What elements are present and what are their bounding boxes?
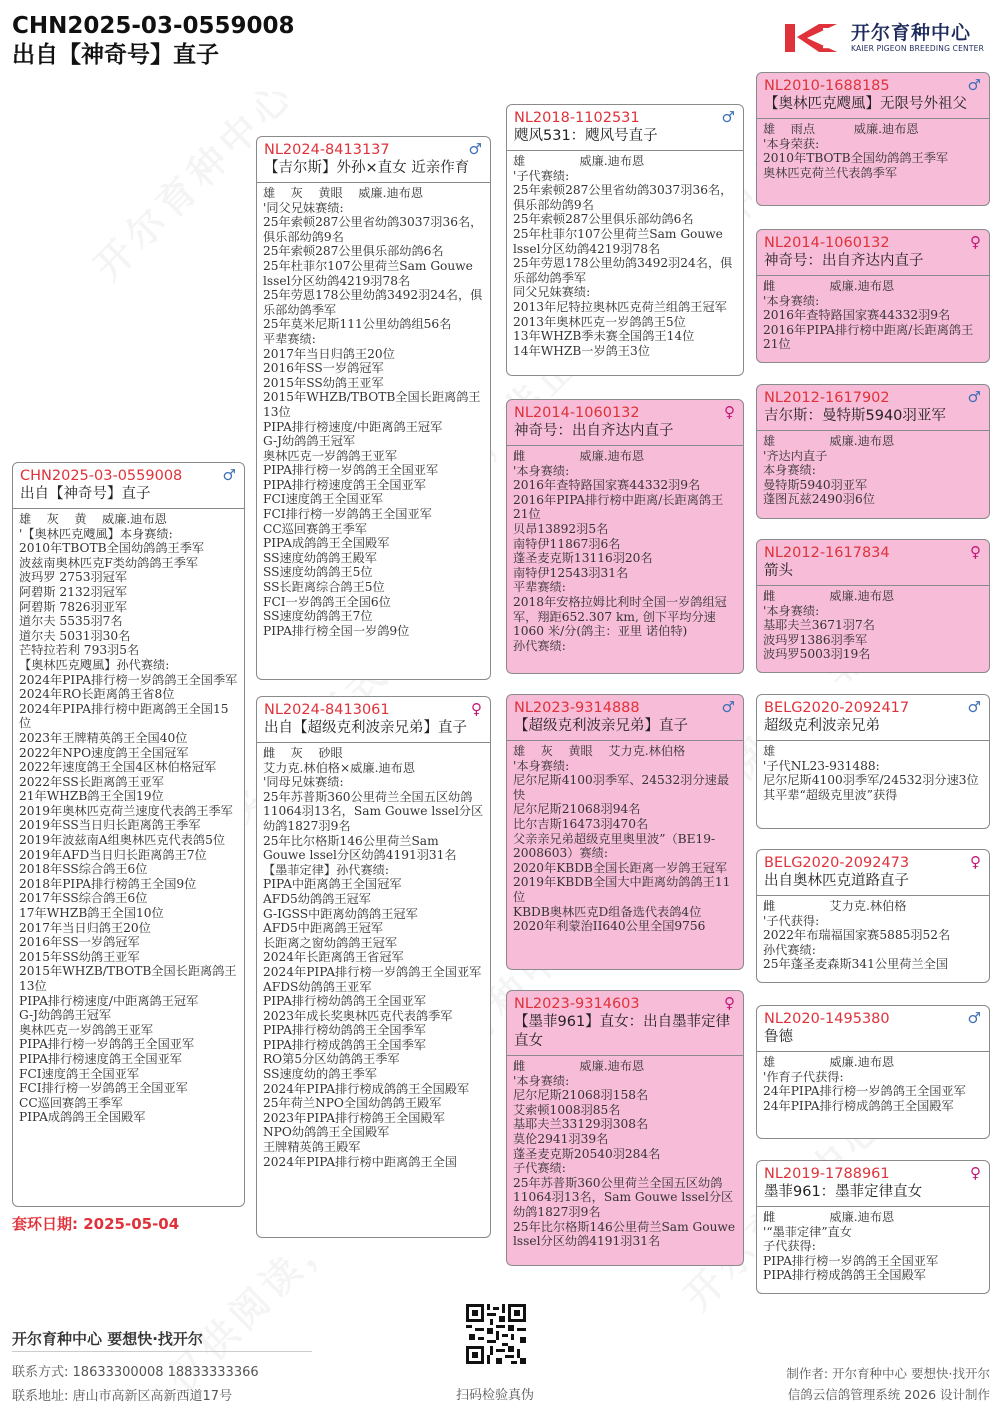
male-icon: ♂ bbox=[223, 466, 236, 484]
ring-number: NL2012-1617834 bbox=[764, 544, 982, 562]
achievement-line: 25年比尔格斯146公里荷兰Sam Gouwe lssel分区幼鸽4191羽31… bbox=[263, 834, 484, 863]
ring-number: NL2020-1495380 bbox=[764, 1010, 982, 1028]
achievement-line: SS速度幼鸽鸽王7位 bbox=[263, 609, 484, 624]
brand-logo: 开尔育种中心 KAIER PIGEON BREEDING CENTER bbox=[785, 18, 990, 58]
card-header: NL2012-1617902 吉尔斯：曼特斯5940羽亚军 ♂ bbox=[757, 385, 989, 431]
card-body: 雌 艾力克.林伯格 '子代获得:2022年布瑞福国家赛5885羽52名孙代赛绩:… bbox=[757, 896, 989, 978]
card-body: 雄 威廉.迪布恩 '子代赛绩:25年索顿287公里省幼鸽3037羽36名，俱乐部… bbox=[507, 151, 743, 371]
card-body: 雄 灰 黄 威廉.迪布恩 '【奥林匹克飕風】本身赛绩:2010年TBOTB全国幼… bbox=[13, 509, 244, 1199]
achievement-line: 道尔夫 5031羽30名 bbox=[19, 629, 238, 644]
achievement-line: 25年杜菲尔107公里荷兰Sam Gouwe lssel分区幼鸽4219羽78名 bbox=[263, 259, 484, 288]
achievement-line: FCI速度鸽王全国亚军 bbox=[19, 1067, 238, 1082]
logo-chinese-name: 开尔育种中心 bbox=[851, 22, 984, 44]
pedigree-card-great-grandparent-1[interactable]: NL2010-1688185 【奥林匹克飕風】无限号外祖父 ♂ 雄 雨点 威廉.… bbox=[756, 72, 990, 206]
achievement-line: 波玛罗1386羽季军 bbox=[763, 633, 983, 648]
achievement-line: PIPA排行榜幼鸽鸽王全国亚军 bbox=[263, 994, 484, 1009]
ring-number: BELG2020-2092473 bbox=[764, 854, 982, 872]
achievement-line: 2016年SS一岁鸽冠军 bbox=[263, 361, 484, 376]
ring-number: NL2014-1060132 bbox=[764, 234, 982, 252]
achievement-line: 【墨菲定律】孙代赛绩: bbox=[263, 863, 484, 878]
achievement-list: '本身赛绩:2016年查特路国家赛44332羽9名2016年PIPA排行榜中距离… bbox=[763, 294, 983, 352]
achievement-line: 2023年PIPA排行榜鸽王全国殿军 bbox=[263, 1111, 484, 1126]
achievement-line: 2024年PIPA排行榜成鸽鸽王全国殿军 bbox=[263, 1082, 484, 1097]
pigeon-attributes: 雄 威廉.迪布恩 bbox=[763, 434, 983, 449]
achievement-line: 2019年SS当日归长距离鸽王季军 bbox=[19, 818, 238, 833]
address-label: 联系地址: bbox=[12, 1389, 68, 1404]
achievement-line: '“墨菲定律”直女 bbox=[763, 1225, 983, 1240]
pedigree-card-great-grandparent-2[interactable]: NL2014-1060132 神奇号：出自齐达内直子 ♀ 雌 威廉.迪布恩 '本… bbox=[756, 229, 990, 363]
achievement-list: '本身赛绩:尼尔尼斯21068羽158名艾索顿1008羽85名基耶夫兰33129… bbox=[513, 1074, 737, 1249]
achievement-line: 2015年WHZB/TBOTB全国长距离鸽王13位 bbox=[19, 964, 238, 993]
card-body: 雌 威廉.迪布恩 '“墨菲定律”直女子代获得:PIPA排行榜一岁鸽鸽王全国亚军P… bbox=[757, 1207, 989, 1289]
achievement-line: 平辈赛绩: bbox=[513, 580, 737, 595]
male-icon: ♂ bbox=[469, 140, 482, 158]
achievement-line: '子代赛绩: bbox=[513, 169, 737, 184]
achievement-line: 2018年SS综合鸽王6位 bbox=[19, 862, 238, 877]
achievement-line: 2010年TBOTB全国幼鸽鸽王季军 bbox=[763, 151, 983, 166]
ring-number: NL2012-1617902 bbox=[764, 389, 982, 407]
achievement-line: FCI排行榜一岁鸽鸽王全国亚军 bbox=[263, 507, 484, 522]
achievement-line: 2018年PIPA排行榜鸽王全国9位 bbox=[19, 877, 238, 892]
pedigree-card-great-grandparent-4[interactable]: NL2012-1617834 箭头 ♀ 雌 威廉.迪布恩 '本身赛绩:基耶夫兰3… bbox=[756, 539, 990, 673]
pigeon-name: 【奥林匹克飕風】无限号外祖父 bbox=[764, 95, 982, 114]
achievement-line: 25年杜菲尔107公里荷兰Sam Gouwe lssel分区幼鸽4219羽78名 bbox=[513, 227, 737, 256]
achievement-line: 25年索顿287公里省幼鸽3037羽36名，俱乐部幼鸽9名 bbox=[513, 183, 737, 212]
achievement-line: 25年荷兰NPO全国幼鸽鸽王殿军 bbox=[263, 1096, 484, 1111]
pigeon-attributes: 雄 雨点 威廉.迪布恩 bbox=[763, 122, 983, 137]
achievement-line: 2023年成长奖奥林匹克代表鸽季军 bbox=[263, 1009, 484, 1024]
card-body: 雌 威廉.迪布恩 '本身赛绩:2016年查特路国家赛44332羽9名2016年P… bbox=[507, 446, 743, 668]
achievement-line: CC巡回赛鸽王季军 bbox=[263, 522, 484, 537]
card-header: NL2014-1060132 神奇号：出自齐达内直子 ♀ bbox=[507, 400, 743, 446]
female-icon: ♀ bbox=[471, 700, 482, 718]
achievement-line: 2020年KBDB全国长距离一岁鸽王冠军 bbox=[513, 861, 737, 876]
achievement-line: 艾力克.林伯格×威廉.迪布恩 bbox=[263, 761, 484, 776]
achievement-line: 2019年KBDB全国大中距离幼鸽鸽王11位 bbox=[513, 875, 737, 904]
pigeon-attributes: 雌 威廉.迪布恩 bbox=[763, 589, 983, 604]
title-ring-number: CHN2025-03-0559008 bbox=[12, 12, 295, 40]
achievement-line: PIPA中距离鸽王全国冠军 bbox=[263, 877, 484, 892]
document-title: CHN2025-03-0559008 出自【神奇号】直子 bbox=[12, 12, 295, 70]
card-body: 雌 威廉.迪布恩 '本身赛绩:2016年查特路国家赛44332羽9名2016年P… bbox=[757, 276, 989, 358]
achievement-line: 2016年查特路国家赛44332羽9名 bbox=[763, 308, 983, 323]
achievement-line: 2015年SS幼鸽王亚军 bbox=[263, 376, 484, 391]
card-body: 雄 雨点 威廉.迪布恩 '本身荣获:2010年TBOTB全国幼鸽鸽王季军奥林匹克… bbox=[757, 119, 989, 181]
achievement-line: 波兹南奥林匹克F类幼鸽鸽王季军 bbox=[19, 556, 238, 571]
achievement-line: PIPA成鸽鸽王全国殿军 bbox=[19, 1110, 238, 1125]
pigeon-name: 神奇号：出自齐达内直子 bbox=[764, 252, 982, 271]
achievement-line: '本身赛绩: bbox=[513, 464, 737, 479]
card-header: NL2012-1617834 箭头 ♀ bbox=[757, 540, 989, 586]
card-header: NL2010-1688185 【奥林匹克飕風】无限号外祖父 ♂ bbox=[757, 73, 989, 119]
card-header: NL2018-1102531 飕风531：飕风号直子 ♂ bbox=[507, 105, 743, 151]
achievement-line: 13年WHZB季未赛全国鸽王14位 bbox=[513, 329, 737, 344]
achievement-line: SS速度幼的鸽王季军 bbox=[263, 1067, 484, 1082]
male-icon: ♂ bbox=[968, 388, 981, 406]
achievement-line: 25年索顿287公里省幼鸽3037羽36名，俱乐部幼鸽9名 bbox=[263, 215, 484, 244]
achievement-line: 本身赛绩: bbox=[763, 463, 983, 478]
card-header: BELG2020-2092417 超级克利波亲兄弟 ♂ bbox=[757, 695, 989, 741]
pigeon-attributes: 雄 灰 黄眼 威廉.迪布恩 bbox=[263, 186, 484, 201]
achievement-line: 24年PIPA排行榜一岁鸽鸽王全国亚军 bbox=[763, 1084, 983, 1099]
achievement-line: 2024年PIPA排行榜中距离鸽王全国15位 bbox=[19, 702, 238, 731]
achievement-line: 【奥林匹克飕風】孙代赛绩: bbox=[19, 658, 238, 673]
achievement-line: 尼尔尼斯21068羽94名 bbox=[513, 802, 737, 817]
achievement-line: 长距离之窗幼鸽鸽王冠军 bbox=[263, 936, 484, 951]
achievement-list: '本身赛绩:尼尔尼斯4100羽季军、24532羽分速最快尼尔尼斯21068羽94… bbox=[513, 759, 737, 934]
achievement-line: 2016年查特路国家赛44332羽9名 bbox=[513, 478, 737, 493]
achievement-line: 25年劳恩178公里幼鸽3492羽24名，俱乐部幼鸽季军 bbox=[263, 288, 484, 317]
female-icon: ♀ bbox=[724, 403, 735, 421]
ring-number: NL2023-9314603 bbox=[514, 995, 736, 1013]
achievement-line: 25年莫米尼斯111公里幼鸽组56名 bbox=[263, 317, 484, 332]
achievement-line: 2010年TBOTB全国幼鸽鸽王季军 bbox=[19, 541, 238, 556]
male-icon: ♂ bbox=[968, 76, 981, 94]
achievement-line: PIPA排行榜速度/中距离鸽王冠军 bbox=[19, 994, 238, 1009]
achievement-line: PIPA排行榜一岁鸽鸽王全国亚军 bbox=[19, 1037, 238, 1052]
pedigree-card-great-grandparent-7[interactable]: NL2020-1495380 鲁德 ♂ 雄 威廉.迪布恩 '作育子代获得:24年… bbox=[756, 1005, 990, 1139]
achievement-line: 2020年利蒙治II640公里全国9756 bbox=[513, 919, 737, 934]
achievement-line: 2024年PIPA排行榜一岁鸽鸽王全国亚军 bbox=[263, 965, 484, 980]
ring-number: NL2018-1102531 bbox=[514, 109, 736, 127]
achievement-line: RO第5分区幼鸽鸽王季军 bbox=[263, 1052, 484, 1067]
pigeon-attributes: 雌 威廉.迪布恩 bbox=[513, 1059, 737, 1074]
achievement-list: 艾力克.林伯格×威廉.迪布恩'同母兄妹赛绩:25年苏普斯360公里荷兰全国五区幼… bbox=[263, 761, 484, 1170]
achievement-line: 2019年AFD当日归长距离鸽王7位 bbox=[19, 848, 238, 863]
pedigree-card-dam[interactable]: NL2024-8413061 出自【超级克利波亲兄弟】直子 ♀ 雌 灰 砂眼 艾… bbox=[256, 696, 491, 1238]
pedigree-card-dam-dam[interactable]: NL2023-9314603 【墨菲961】直女：出自墨菲定律直女 ♀ 雌 威廉… bbox=[506, 990, 744, 1266]
contact-label: 联系方式: bbox=[12, 1365, 68, 1380]
achievement-list: '本身赛绩:2016年查特路国家赛44332羽9名2016年PIPA排行榜中距离… bbox=[513, 464, 737, 654]
achievement-line: G-IGSS中距离幼鸽鸽王冠军 bbox=[263, 907, 484, 922]
achievement-line: 2016年SS一岁鸽冠军 bbox=[19, 935, 238, 950]
achievement-line: 2022年SS长距离鸽王亚军 bbox=[19, 775, 238, 790]
achievement-line: 25年比尔格斯146公里荷兰Sam Gouwe lssel分区幼鸽4191羽31… bbox=[513, 1220, 737, 1249]
card-body: 雄 '子代NL23-931488:尼尔尼斯4100羽季军/24532羽分速3位其… bbox=[757, 741, 989, 824]
card-header: BELG2020-2092473 出自奥林匹克道路直子 ♀ bbox=[757, 850, 989, 896]
card-header: CHN2025-03-0559008 出自【神奇号】直子 ♂ bbox=[13, 463, 244, 509]
achievement-line: '作育子代获得: bbox=[763, 1070, 983, 1085]
credit-system: 信鸽云信鸽管理系统 2026 设计制作 bbox=[788, 1385, 990, 1403]
achievement-line: FCI速度鸽王全国亚军 bbox=[263, 492, 484, 507]
achievement-line: 奥林匹克荷兰代表鸽季军 bbox=[763, 166, 983, 181]
achievement-list: '【奥林匹克飕風】本身赛绩:2010年TBOTB全国幼鸽鸽王季军波兹南奥林匹克F… bbox=[19, 527, 238, 1125]
achievement-line: '本身赛绩: bbox=[763, 294, 983, 309]
achievement-line: PIPA排行榜速度鸽王全国亚军 bbox=[19, 1052, 238, 1067]
achievement-line: 2017年SS综合鸽王6位 bbox=[19, 891, 238, 906]
pigeon-attributes: 雌 威廉.迪布恩 bbox=[763, 279, 983, 294]
achievement-line: 2016年PIPA排行榜中距离/长距离鸽王21位 bbox=[763, 323, 983, 352]
achievement-line: AFD5幼鸽鸽王冠军 bbox=[263, 892, 484, 907]
pigeon-name: 【超级克利波亲兄弟】直子 bbox=[514, 717, 736, 736]
pedigree-card-great-grandparent-8[interactable]: NL2019-1788961 墨菲961：墨菲定律直女 ♀ 雌 威廉.迪布恩 '… bbox=[756, 1160, 990, 1294]
achievement-line: 艾索顿1008羽85名 bbox=[513, 1103, 737, 1118]
pigeon-name: 神奇号：出自齐达内直子 bbox=[514, 422, 736, 441]
achievement-line: 25年苏普斯360公里荷兰全国五区幼鸽11064羽13名，Sam Gouwe l… bbox=[513, 1176, 737, 1220]
achievement-list: '本身荣获:2010年TBOTB全国幼鸽鸽王季军奥林匹克荷兰代表鸽季军 bbox=[763, 137, 983, 181]
achievement-line: 子代获得: bbox=[763, 1239, 983, 1254]
achievement-line: 2024年PIPA排行榜一岁鸽鸽王全国季军 bbox=[19, 673, 238, 688]
pedigree-card-great-grandparent-6[interactable]: BELG2020-2092473 出自奥林匹克道路直子 ♀ 雌 艾力克.林伯格 … bbox=[756, 849, 990, 983]
pigeon-attributes: 雄 灰 黄 威廉.迪布恩 bbox=[19, 512, 238, 527]
achievement-line: 阿碧斯 2132羽冠军 bbox=[19, 585, 238, 600]
achievement-line: 14年WHZB一岁鸽王3位 bbox=[513, 344, 737, 359]
achievement-line: 奥林匹克一岁鸽鸽王亚军 bbox=[263, 449, 484, 464]
achievement-list: '本身赛绩:基耶夫兰3671羽7名波玛罗1386羽季军波玛罗5003羽19名 bbox=[763, 604, 983, 662]
footer-contact: 联系方式: 18633300008 18833333366 bbox=[12, 1361, 259, 1380]
pigeon-name: 【墨菲961】直女：出自墨菲定律直女 bbox=[514, 1013, 736, 1051]
achievement-line: G-J幼鸽鸽王冠军 bbox=[19, 1008, 238, 1023]
achievement-line: '本身赛绩: bbox=[513, 1074, 737, 1089]
achievement-line: 25年苏普斯360公里荷兰全国五区幼鸽11064羽13名，Sam Gouwe l… bbox=[263, 790, 484, 834]
achievement-line: 阿碧斯 7826羽亚军 bbox=[19, 600, 238, 615]
pigeon-attributes: 雌 威廉.迪布恩 bbox=[763, 1210, 983, 1225]
achievement-line: 贝昂13892羽5名 bbox=[513, 522, 737, 537]
pigeon-name: 飕风531：飕风号直子 bbox=[514, 127, 736, 146]
achievement-line: 孙代赛绩: bbox=[513, 639, 737, 654]
card-header: NL2020-1495380 鲁德 ♂ bbox=[757, 1006, 989, 1052]
pedigree-card-sire-dam[interactable]: NL2014-1060132 神奇号：出自齐达内直子 ♀ 雌 威廉.迪布恩 '本… bbox=[506, 399, 744, 674]
achievement-line: FCI一岁鸽鸽王全国6位 bbox=[263, 595, 484, 610]
achievement-line: PIPA排行榜一岁鸽鸽王全国亚军 bbox=[763, 1254, 983, 1269]
pigeon-attributes: 雄 灰 黄眼 艾力克.林伯格 bbox=[513, 744, 737, 759]
achievement-line: AFD5中距离鸽王冠军 bbox=[263, 921, 484, 936]
card-header: NL2014-1060132 神奇号：出自齐达内直子 ♀ bbox=[757, 230, 989, 276]
achievement-line: 曼特斯5940羽亚军 bbox=[763, 478, 983, 493]
achievement-line: PIPA成鸽鸽王全国殿军 bbox=[263, 536, 484, 551]
card-header: NL2019-1788961 墨菲961：墨菲定律直女 ♀ bbox=[757, 1161, 989, 1207]
achievement-line: 25年索顿287公里俱乐部幼鸽6名 bbox=[263, 244, 484, 259]
card-header: NL2024-8413137 【吉尔斯】外孙×直女 近亲作育 ♂ bbox=[257, 137, 490, 183]
achievement-line: PIPA排行榜全国一岁鸽9位 bbox=[263, 624, 484, 639]
ring-number: CHN2025-03-0559008 bbox=[20, 467, 237, 485]
achievement-line: 莫伦2941羽39名 bbox=[513, 1132, 737, 1147]
achievement-line: NPO幼鸽鸽王全国殿军 bbox=[263, 1125, 484, 1140]
ring-number: NL2010-1688185 bbox=[764, 77, 982, 95]
achievement-line: '【奥林匹克飕風】本身赛绩: bbox=[19, 527, 238, 542]
achievement-line: 蓬圣麦克斯20540羽284名 bbox=[513, 1147, 737, 1162]
achievement-line: 2018年安格拉姆比利时全国一岁鸽组冠军，翔距652.307 km, 创下平均分… bbox=[513, 595, 737, 639]
achievement-line: 2013年尼特拉奥林匹克荷兰组鸽王冠军 bbox=[513, 300, 737, 315]
female-icon: ♀ bbox=[970, 543, 981, 561]
achievement-line: 2016年PIPA排行榜中距离/长距离鸽王21位 bbox=[513, 493, 737, 522]
footer-address: 联系地址: 唐山市高新区高新西道17号 bbox=[12, 1385, 232, 1404]
achievement-line: 2022年速度鸽王全国4区林伯格冠军 bbox=[19, 760, 238, 775]
achievement-line: '同父兄妹赛绩: bbox=[263, 201, 484, 216]
male-icon: ♂ bbox=[722, 108, 735, 126]
achievement-line: 2015年SS幼鸽王亚军 bbox=[19, 950, 238, 965]
achievement-line: 25年索顿287公里俱乐部幼鸽6名 bbox=[513, 212, 737, 227]
logo-english-name: KAIER PIGEON BREEDING CENTER bbox=[851, 44, 984, 54]
footer-divider bbox=[12, 1351, 312, 1352]
achievement-line: 2019年波兹南A组奥林匹克代表鸽5位 bbox=[19, 833, 238, 848]
achievement-line: '本身赛绩: bbox=[763, 604, 983, 619]
pigeon-attributes: 雄 威廉.迪布恩 bbox=[513, 154, 737, 169]
pigeon-name: 出自【神奇号】直子 bbox=[20, 485, 237, 504]
achievement-line: 2022年布瑞福国家赛5885羽52名 bbox=[763, 928, 983, 943]
pigeon-attributes: 雄 威廉.迪布恩 bbox=[763, 1055, 983, 1070]
achievement-line: FCI排行榜一岁鸽鸽王全国亚军 bbox=[19, 1081, 238, 1096]
card-body: 雄 灰 黄眼 威廉.迪布恩 '同父兄妹赛绩:25年索顿287公里省幼鸽3037羽… bbox=[257, 183, 490, 653]
achievement-line: 南特伊11867羽6名 bbox=[513, 537, 737, 552]
achievement-line: PIPA排行榜速度鸽王全国亚军 bbox=[263, 478, 484, 493]
pedigree-card-dam-sire[interactable]: NL2023-9314888 【超级克利波亲兄弟】直子 ♂ 雄 灰 黄眼 艾力克… bbox=[506, 694, 744, 970]
pigeon-name: 超级克利波亲兄弟 bbox=[764, 717, 982, 736]
achievement-line: 17年WHZB鸽王全国10位 bbox=[19, 906, 238, 921]
card-body: 雌 灰 砂眼 艾力克.林伯格×威廉.迪布恩'同母兄妹赛绩:25年苏普斯360公里… bbox=[257, 743, 490, 1213]
pedigree-card-great-grandparent-5[interactable]: BELG2020-2092417 超级克利波亲兄弟 ♂ 雄 '子代NL23-93… bbox=[756, 694, 990, 829]
achievement-line: CC巡回赛鸽王季军 bbox=[19, 1096, 238, 1111]
card-header: NL2024-8413061 出自【超级克利波亲兄弟】直子 ♀ bbox=[257, 697, 490, 743]
pigeon-name: 【吉尔斯】外孙×直女 近亲作育 bbox=[264, 159, 483, 178]
achievement-line: G-J幼鸽鸽王冠军 bbox=[263, 434, 484, 449]
achievement-line: 基耶夫兰33129羽308名 bbox=[513, 1117, 737, 1132]
achievement-line: 波玛罗5003羽19名 bbox=[763, 647, 983, 662]
pedigree-card-sire[interactable]: NL2024-8413137 【吉尔斯】外孙×直女 近亲作育 ♂ 雄 灰 黄眼 … bbox=[256, 136, 491, 680]
card-body: 雄 灰 黄眼 艾力克.林伯格 '本身赛绩:尼尔尼斯4100羽季军、24532羽分… bbox=[507, 741, 743, 966]
achievement-line: '齐达内直子 bbox=[763, 449, 983, 464]
ring-number: NL2014-1060132 bbox=[514, 404, 736, 422]
ring-number: NL2024-8413137 bbox=[264, 141, 483, 159]
achievement-line: '同母兄妹赛绩: bbox=[263, 775, 484, 790]
female-icon: ♀ bbox=[724, 994, 735, 1012]
achievement-line: PIPA排行榜一岁鸽鸽王全国亚军 bbox=[263, 463, 484, 478]
achievement-list: '子代赛绩:25年索顿287公里省幼鸽3037羽36名，俱乐部幼鸽9名25年索顿… bbox=[513, 169, 737, 359]
pigeon-attributes: 雌 灰 砂眼 bbox=[263, 746, 484, 761]
achievement-line: 尼尔尼斯4100羽季军/24532羽分速3位 bbox=[763, 773, 983, 788]
ring-date-label: 套环日期: bbox=[12, 1215, 78, 1233]
footer-brand-slogan: 开尔育种中心 要想快·找开尔 bbox=[12, 1328, 203, 1349]
contact-phone: 18633300008 18833333366 bbox=[73, 1365, 259, 1380]
achievement-line: '本身赛绩: bbox=[513, 759, 737, 774]
achievement-line: 其平辈“超级克里波”获得 bbox=[763, 788, 983, 803]
achievement-line: 2024年PIPA排行榜中距离鸽王全国 bbox=[263, 1155, 484, 1170]
pedigree-card-sire-sire[interactable]: NL2018-1102531 飕风531：飕风号直子 ♂ 雄 威廉.迪布恩 '子… bbox=[506, 104, 744, 376]
achievement-line: 波玛罗 2753羽冠军 bbox=[19, 570, 238, 585]
achievement-line: 基耶夫兰3671羽7名 bbox=[763, 618, 983, 633]
achievement-line: PIPA排行榜成鸽鸽王全国季军 bbox=[263, 1038, 484, 1053]
pigeon-name: 墨菲961：墨菲定律直女 bbox=[764, 1183, 982, 1202]
achievement-line: SS速度幼鸽鸽王殿军 bbox=[263, 551, 484, 566]
achievement-line: '子代NL23-931488: bbox=[763, 759, 983, 774]
ring-number: NL2024-8413061 bbox=[264, 701, 483, 719]
pigeon-name: 鲁德 bbox=[764, 1028, 982, 1047]
kaier-k-logo-icon bbox=[785, 20, 845, 56]
achievement-line: 父亲亲兄弟超级克里奥里波”（BE19-2008603）赛绩: bbox=[513, 832, 737, 861]
achievement-line: 24年PIPA排行榜成鸽鸽王全国殿军 bbox=[763, 1099, 983, 1114]
card-header: NL2023-9314603 【墨菲961】直女：出自墨菲定律直女 ♀ bbox=[507, 991, 743, 1056]
female-icon: ♀ bbox=[970, 853, 981, 871]
male-icon: ♂ bbox=[722, 698, 735, 716]
achievement-line: 芒特拉若利 793羽5名 bbox=[19, 643, 238, 658]
pigeon-name: 吉尔斯：曼特斯5940羽亚军 bbox=[764, 407, 982, 426]
male-icon: ♂ bbox=[968, 698, 981, 716]
achievement-line: PIPA排行榜幼鸽鸽王全国季军 bbox=[263, 1023, 484, 1038]
achievement-line: SS速度幼鸽鸽王5位 bbox=[263, 565, 484, 580]
achievement-line: SS长距离综合鸽王5位 bbox=[263, 580, 484, 595]
achievement-line: 蓬图瓦兹2490羽6位 bbox=[763, 492, 983, 507]
achievement-list: '“墨菲定律”直女子代获得:PIPA排行榜一岁鸽鸽王全国亚军PIPA排行榜成鸽鸽… bbox=[763, 1225, 983, 1283]
pigeon-name: 出自【超级克利波亲兄弟】直子 bbox=[264, 719, 483, 738]
achievement-line: PIPA排行榜速度/中距离鸽王冠军 bbox=[263, 420, 484, 435]
achievement-line: 2023年王牌精英鸽王全国40位 bbox=[19, 731, 238, 746]
achievement-line: KBDB奥林匹克D组备选代表鸽4位 bbox=[513, 905, 737, 920]
achievement-line: 道尔夫 5535羽7名 bbox=[19, 614, 238, 629]
achievement-line: 比尔吉斯16473羽470名 bbox=[513, 817, 737, 832]
pigeon-attributes: 雄 bbox=[763, 744, 983, 759]
achievement-line: AFDS幼鸽鸽王亚军 bbox=[263, 980, 484, 995]
achievement-line: 25年蓬圣麦森斯341公里荷兰全国 bbox=[763, 957, 983, 972]
ring-date: 套环日期: 2025-05-04 bbox=[12, 1213, 179, 1234]
achievement-list: '同父兄妹赛绩:25年索顿287公里省幼鸽3037羽36名，俱乐部幼鸽9名25年… bbox=[263, 201, 484, 639]
female-icon: ♀ bbox=[970, 233, 981, 251]
achievement-line: PIPA排行榜成鸽鸽王全国殿军 bbox=[763, 1268, 983, 1283]
achievement-line: 奥林匹克一岁鸽鸽王亚军 bbox=[19, 1023, 238, 1038]
achievement-line: 2024年RO长距离鸽王省8位 bbox=[19, 687, 238, 702]
achievement-list: '子代获得:2022年布瑞福国家赛5885羽52名孙代赛绩:25年蓬圣麦森斯34… bbox=[763, 914, 983, 972]
male-icon: ♂ bbox=[968, 1009, 981, 1027]
female-icon: ♀ bbox=[970, 1164, 981, 1182]
pigeon-name: 箭头 bbox=[764, 562, 982, 581]
achievement-line: 2019年奥林匹克荷兰速度代表鸽王季军 bbox=[19, 804, 238, 819]
qr-code-icon[interactable] bbox=[466, 1304, 526, 1364]
address-value: 唐山市高新区高新西道17号 bbox=[73, 1389, 233, 1404]
qr-caption: 扫码检验真伪 bbox=[456, 1384, 534, 1403]
achievement-line: 孙代赛绩: bbox=[763, 943, 983, 958]
achievement-line: 2015年WHZB/TBOTB全国长距离鸽王13位 bbox=[263, 390, 484, 419]
achievement-line: 2024年长距离鸽王省冠军 bbox=[263, 950, 484, 965]
achievement-line: 25年劳恩178公里幼鸽3492羽24名，俱乐部幼鸽季军 bbox=[513, 256, 737, 285]
achievement-list: '齐达内直子本身赛绩:曼特斯5940羽亚军蓬图瓦兹2490羽6位 bbox=[763, 449, 983, 507]
achievement-line: 尼尔尼斯4100羽季军、24532羽分速最快 bbox=[513, 773, 737, 802]
title-pigeon-name: 出自【神奇号】直子 bbox=[12, 40, 295, 70]
achievement-line: 王牌精英鸽王殿军 bbox=[263, 1140, 484, 1155]
achievement-line: '本身荣获: bbox=[763, 137, 983, 152]
pigeon-attributes: 雌 威廉.迪布恩 bbox=[513, 449, 737, 464]
pigeon-attributes: 雌 艾力克.林伯格 bbox=[763, 899, 983, 914]
achievement-line: 2013年奥林匹克一岁鸽鸽王5位 bbox=[513, 315, 737, 330]
credit-author: 制作者: 开尔育种中心 要想快·找开尔 bbox=[786, 1364, 990, 1382]
ring-number: NL2019-1788961 bbox=[764, 1165, 982, 1183]
achievement-line: 尼尔尼斯21068羽158名 bbox=[513, 1088, 737, 1103]
achievement-line: 南特伊12543羽31名 bbox=[513, 566, 737, 581]
achievement-line: '子代获得: bbox=[763, 914, 983, 929]
ring-number: BELG2020-2092417 bbox=[764, 699, 982, 717]
card-body: 雄 威廉.迪布恩 '齐达内直子本身赛绩:曼特斯5940羽亚军蓬图瓦兹2490羽6… bbox=[757, 431, 989, 514]
achievement-line: 21年WHZB鸽王全国19位 bbox=[19, 789, 238, 804]
achievement-line: 同父兄妹赛绩: bbox=[513, 285, 737, 300]
pigeon-name: 出自奥林匹克道路直子 bbox=[764, 872, 982, 891]
ring-date-value: 2025-05-04 bbox=[83, 1215, 179, 1233]
achievement-line: 2022年NPO速度鸽王全国冠军 bbox=[19, 746, 238, 761]
pedigree-card-great-grandparent-3[interactable]: NL2012-1617902 吉尔斯：曼特斯5940羽亚军 ♂ 雄 威廉.迪布恩… bbox=[756, 384, 990, 519]
pedigree-card-subject[interactable]: CHN2025-03-0559008 出自【神奇号】直子 ♂ 雄 灰 黄 威廉.… bbox=[12, 462, 245, 1207]
card-body: 雌 威廉.迪布恩 '本身赛绩:尼尔尼斯21068羽158名艾索顿1008羽85名… bbox=[507, 1056, 743, 1261]
card-body: 雌 威廉.迪布恩 '本身赛绩:基耶夫兰3671羽7名波玛罗1386羽季军波玛罗5… bbox=[757, 586, 989, 668]
achievement-line: 2017年当日归鸽王20位 bbox=[19, 921, 238, 936]
achievement-list: '作育子代获得:24年PIPA排行榜一岁鸽鸽王全国亚军24年PIPA排行榜成鸽鸽… bbox=[763, 1070, 983, 1114]
card-header: NL2023-9314888 【超级克利波亲兄弟】直子 ♂ bbox=[507, 695, 743, 741]
card-body: 雄 威廉.迪布恩 '作育子代获得:24年PIPA排行榜一岁鸽鸽王全国亚军24年P… bbox=[757, 1052, 989, 1134]
achievement-line: 蓬圣麦克斯13116羽20名 bbox=[513, 551, 737, 566]
achievement-line: 子代赛绩: bbox=[513, 1161, 737, 1176]
ring-number: NL2023-9314888 bbox=[514, 699, 736, 717]
achievement-list: '子代NL23-931488:尼尔尼斯4100羽季军/24532羽分速3位其平辈… bbox=[763, 759, 983, 803]
achievement-line: 2017年当日归鸽王20位 bbox=[263, 347, 484, 362]
achievement-line: 平辈赛绩: bbox=[263, 332, 484, 347]
